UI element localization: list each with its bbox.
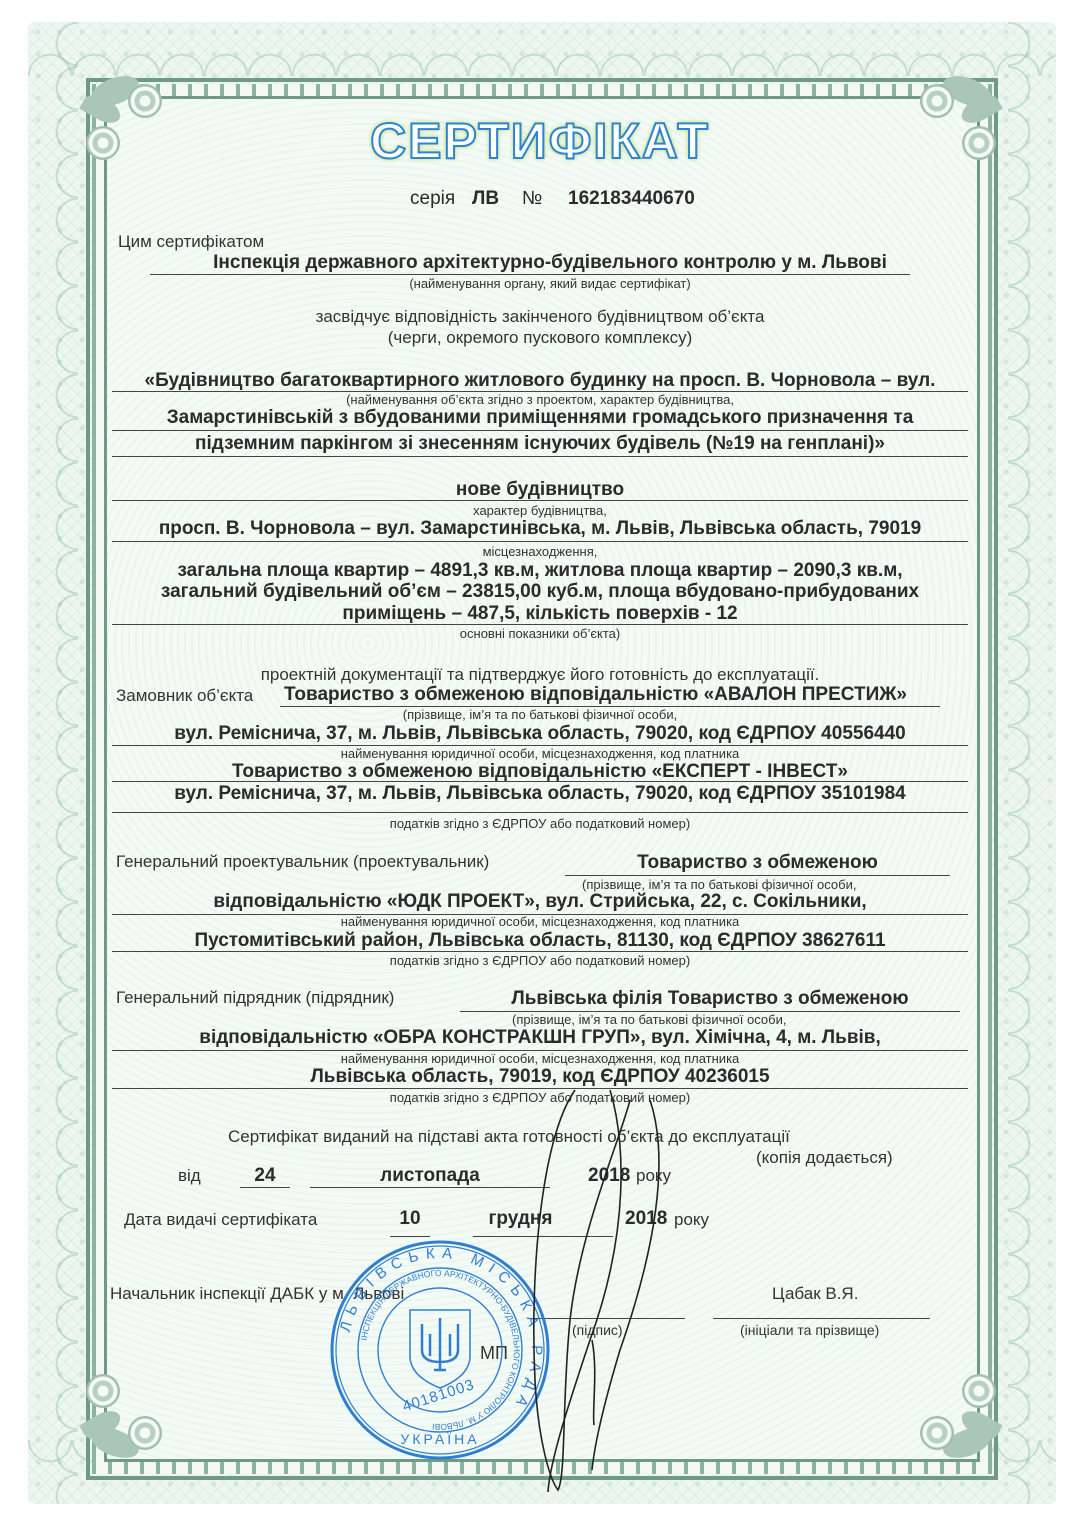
object-name-line3: підземним паркінгом зі знесенням існуючи… (110, 433, 970, 455)
contractor-caption1: (прізвище, ім’я та по батькові фізичної … (512, 1012, 786, 1027)
customer-name: Товариство з обмеженою відповідальністю … (284, 684, 907, 706)
issue-day: 10 (390, 1208, 430, 1230)
basis-line2: (копія додається) (756, 1148, 893, 1168)
number-label: № (522, 188, 542, 210)
underline (150, 274, 910, 275)
underline (112, 624, 968, 625)
underline (240, 1187, 290, 1188)
construction-type: нове будівництво (110, 479, 970, 501)
readiness-statement: проектній документації та підтверджує йо… (110, 665, 970, 685)
object-caption1: (найменування об’єкта згідно з проектом,… (110, 392, 970, 407)
underline (112, 951, 968, 952)
underline (112, 812, 968, 813)
act-from-label: від (178, 1166, 201, 1186)
act-day: 24 (240, 1165, 290, 1187)
object-name-line2: Замарстинівській з вбудованими приміщенн… (110, 407, 970, 429)
contractor-label: Генеральний підрядник (підрядник) (116, 988, 394, 1008)
underline (112, 456, 968, 457)
customer-address2: вул. Реміснича, 37, м. Львів, Львівська … (110, 783, 970, 805)
designer-caption2: найменування юридичної особи, місцезнахо… (110, 914, 970, 929)
underline (390, 1236, 430, 1237)
designer-line2: відповідальністю «ЮДК ПРОЕКТ», вул. Стри… (110, 891, 970, 913)
stamp-country: УКРАЇНА (400, 1431, 479, 1447)
contractor-line2: відповідальністю «ОБРА КОНСТРАКШН ГРУП»,… (110, 1027, 970, 1049)
signatory-name: Цабак В.Я. (772, 1284, 858, 1304)
trident-icon (410, 1310, 470, 1388)
customer-caption1: (прізвище, ім’я та по батькові фізичної … (110, 707, 970, 722)
object-caption3: місцезнаходження, (110, 544, 970, 559)
contractor-line1: Львівська філія Товариство з обмеженою (460, 988, 960, 1010)
series-label: серія (410, 188, 455, 210)
designer-label: Генеральний проектувальник (проектувальн… (116, 852, 489, 872)
object-caption2: характер будівництва, (110, 503, 970, 518)
stamp-code: 40181003 (400, 1376, 476, 1415)
underline (112, 500, 968, 501)
underline (112, 781, 968, 782)
underline (112, 430, 968, 431)
name-caption: (ініціали та прізвище) (740, 1322, 879, 1338)
customer-caption3: податків згідно з ЄДРПОУ або податковий … (110, 816, 970, 831)
object-caption4: основні показники об’єкта) (110, 626, 970, 641)
issuer-caption: (найменування органу, який видає сертифі… (140, 276, 960, 291)
certificate-content: СЕРТИФІКАТ серія ЛВ № 162183440670 Цим с… (0, 0, 1080, 1526)
object-indicators-line1: загальна площа квартир – 4891,3 кв.м, жи… (110, 560, 970, 582)
certificate-number: 162183440670 (568, 188, 695, 210)
customer-name2: Товариство з обмеженою відповідальністю … (110, 761, 970, 783)
object-name-line1: «Будівництво багатоквартирного житлового… (110, 370, 970, 392)
issuer-name: Інспекція державного архітектурно-будіве… (140, 252, 960, 274)
attests-line1: засвідчує відповідність закінченого буді… (110, 307, 970, 327)
designer-caption3: податків згідно з ЄДРПОУ або податковий … (110, 953, 970, 968)
issuer-intro: Цим сертифікатом (118, 232, 264, 252)
designer-line3: Пустомитівський район, Львівська область… (110, 930, 970, 952)
underline (713, 1318, 930, 1319)
underline (565, 875, 950, 876)
handwritten-signature (480, 1080, 680, 1500)
customer-address: вул. Реміснича, 37, м. Львів, Львівська … (110, 723, 970, 745)
object-indicators-line2: загальний будівельний об’єм – 23815,00 к… (110, 581, 970, 603)
customer-label: Замовник об’єкта (116, 686, 253, 706)
certificate-title: СЕРТИФІКАТ (0, 112, 1080, 170)
object-indicators-line3: приміщень – 487,5, кількість поверхів - … (110, 603, 970, 625)
contractor-caption2: найменування юридичної особи, місцезнахо… (110, 1051, 970, 1066)
underline (112, 541, 968, 542)
designer-caption1: (прізвище, ім’я та по батькові фізичної … (582, 877, 856, 892)
attests-line2: (черги, окремого пускового комплексу) (110, 328, 970, 348)
series-value: ЛВ (472, 188, 499, 210)
issue-date-label: Дата видачі сертифіката (124, 1210, 317, 1230)
designer-line1: Товариство з обмеженою (565, 852, 950, 874)
object-location: просп. В. Чорновола – вул. Замарстинівсь… (110, 518, 970, 540)
customer-caption2: найменування юридичної особи, місцезнахо… (110, 746, 970, 761)
